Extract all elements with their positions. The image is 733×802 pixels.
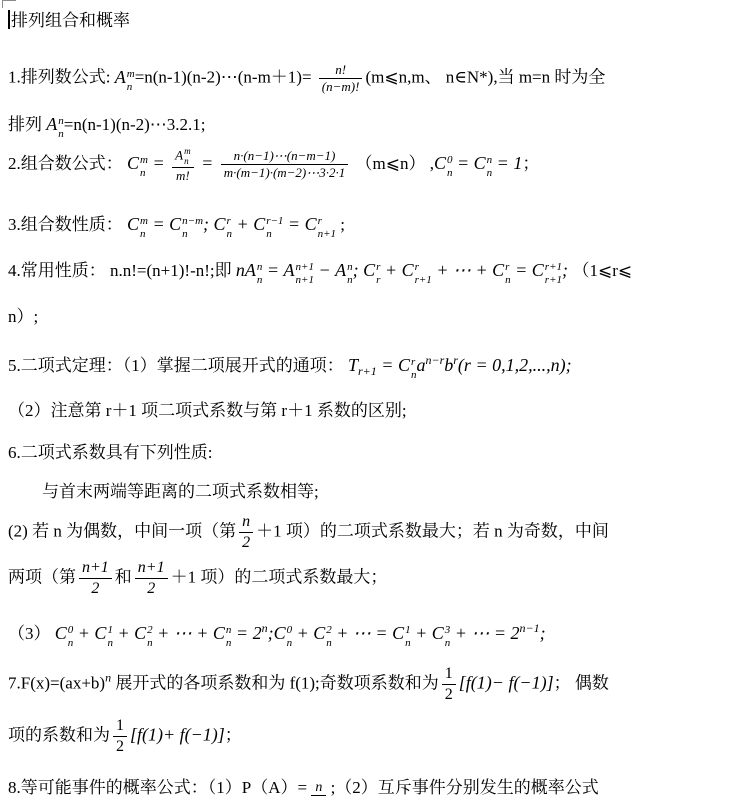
text-run: ；: [522, 154, 539, 173]
symbol-base: C: [94, 623, 106, 643]
scripted-symbol: Crn: [492, 258, 511, 287]
fraction-denominator: 2: [442, 684, 456, 705]
scripted-symbol: Crn: [398, 353, 417, 382]
subscript: r+1: [358, 364, 377, 378]
symbol-subscript: n: [182, 228, 203, 241]
fraction: n·(n−1)⋯(n−m−1)m·(m−1)·(m−2)⋯3·2·1: [221, 148, 349, 182]
text-run: ;: [336, 215, 345, 234]
paragraph-combination-formula: 2.组合数公式： Cmn = Amnm! = n·(n−1)⋯(n−m−1)m·…: [8, 146, 539, 184]
text-run: ＋1 项）的二项式系数最大；若 n 为奇数，中间: [256, 521, 609, 540]
text-run: (m⩽n,m、 n∈N*),当 m=n 时为全: [365, 68, 605, 87]
scripted-symbol: An+1n+1: [284, 258, 314, 287]
symbol-base: C: [274, 623, 286, 643]
fraction-denominator: m·(m−1)·(m−2)⋯3·2·1: [221, 164, 349, 181]
scripted-symbol: Ann: [46, 112, 64, 141]
underlined-math: n: [311, 780, 326, 796]
symbol-base: C: [363, 260, 375, 280]
math-run: =: [197, 153, 218, 173]
symbol-base: C: [432, 623, 444, 643]
fraction-numerator: n!: [319, 62, 363, 78]
fraction-denominator: 2: [239, 532, 253, 553]
math-run: −: [314, 260, 335, 280]
scripted-symbol: Crr+1: [402, 258, 432, 287]
text-run: 展开式的各项系数和为 f(1);奇数项系数和为: [111, 673, 439, 692]
scripted-symbol: Cn−mn: [169, 212, 203, 241]
symbol-base: C: [402, 260, 414, 280]
fraction-denominator: 2: [79, 578, 112, 599]
fraction: n+12: [79, 558, 112, 599]
math-run: = 2: [231, 623, 261, 643]
math-run: =: [148, 214, 169, 234]
math-run: [f(1)− f(−1)]: [459, 672, 554, 692]
paragraph-symmetry: 与首末两端等距离的二项式系数相等;: [8, 481, 319, 504]
math-run: ;: [562, 260, 573, 280]
text-run: ； 偶数: [554, 673, 609, 692]
text-run: =n(n-1)(n-2)⋯(n-m＋1)=: [135, 68, 316, 87]
superscript: n−r: [425, 353, 444, 367]
paragraph-coefficient-sum: 7.F(x)=(ax+b)n 展开式的各项系数和为 f(1);奇数项系数和为12…: [8, 664, 609, 705]
script-stack: r−1n: [266, 215, 283, 240]
math-run: [f(1)+ f(−1)]: [130, 724, 225, 744]
math-run: = 0,1,2,...,: [471, 355, 551, 375]
math-run: +: [380, 260, 401, 280]
fraction-numerator: n: [239, 512, 253, 532]
text-run: 4.常用性质： n.n!=(n+1)!-n!;即: [8, 261, 236, 280]
text-run: 与首末两端等距离的二项式系数相等;: [42, 482, 319, 501]
fraction-denominator: m!: [172, 167, 193, 184]
symbol-subscript: r+1: [415, 274, 432, 287]
scripted-symbol: Cmn: [127, 151, 148, 180]
scripted-symbol: Crr: [363, 258, 380, 287]
fraction: n!(n−m)!: [319, 62, 363, 96]
scripted-symbol: C0n: [434, 151, 453, 180]
text-run: 6.二项式系数具有下列性质:: [8, 443, 212, 462]
fraction-numerator: 1: [442, 664, 456, 684]
symbol-base: A: [245, 260, 256, 280]
text-run: 1.排列数公式:: [8, 68, 115, 87]
scripted-symbol: Cr+1r+1: [532, 258, 562, 287]
math-run: r: [464, 355, 471, 375]
paragraph-common-props: 4.常用性质： n.n!=(n+1)!-n!;即 nAnn = An+1n+1 …: [8, 258, 632, 287]
math-run: T: [348, 355, 358, 375]
text-run: 项的系数和为: [8, 725, 110, 744]
symbol-subscript: n: [140, 228, 148, 241]
math-run: =: [283, 214, 304, 234]
scripted-symbol: Crn: [214, 212, 233, 241]
math-run: ;: [353, 260, 364, 280]
text-run: 5.二项式定理：（1）掌握二项展开式的通项：: [8, 356, 348, 375]
math-run: =: [148, 153, 169, 173]
script-stack: mn: [127, 68, 135, 93]
script-stack: rr+1: [415, 261, 432, 286]
math-run: =: [453, 153, 474, 173]
text-run: 3.组合数性质：: [8, 215, 127, 234]
script-stack: mn: [140, 154, 148, 179]
script-stack: n−mn: [182, 215, 203, 240]
symbol-superscript: m: [140, 154, 148, 167]
scripted-symbol: Cmn: [127, 212, 148, 241]
scripted-symbol: C0n: [274, 621, 293, 650]
math-run: );: [560, 355, 572, 375]
paragraph-binomial-heading: 6.二项式系数具有下列性质:: [8, 442, 212, 465]
fraction-numerator: n·(n−1)⋯(n−m−1): [221, 148, 349, 164]
scripted-symbol: Cr−1n: [253, 212, 283, 241]
fraction: 12: [113, 716, 127, 757]
math-run: + ⋯ = 2: [450, 623, 519, 643]
script-stack: mn: [184, 146, 191, 167]
symbol-superscript: r: [415, 261, 432, 274]
scripted-symbol: Crn+1: [305, 212, 336, 241]
math-run: + ⋯ +: [432, 260, 492, 280]
symbol-base: C: [474, 153, 486, 173]
text-run: （2）注意第 r＋1 项二项式系数与第 r＋1 系数的区别;: [8, 401, 407, 420]
scripted-symbol: C2n: [313, 621, 332, 650]
symbol-base: C: [398, 355, 410, 375]
math-run: + ⋯ +: [153, 623, 213, 643]
math-run: +: [73, 623, 94, 643]
scripted-symbol: Cnn: [474, 151, 493, 180]
math-run: = 1: [492, 153, 522, 173]
math-run: n: [551, 355, 560, 375]
symbol-subscript: n+1: [318, 228, 336, 241]
text-run: n）;: [8, 307, 38, 326]
fraction-denominator: 2: [135, 578, 168, 599]
math-run: b: [444, 355, 453, 375]
math-run: ;: [540, 623, 546, 643]
text-run: ;（2）互斥事件分别发生的概率公式: [326, 778, 598, 797]
fraction: 12: [442, 664, 456, 705]
text-run: 排列组合和概率: [11, 11, 130, 30]
symbol-base: A: [46, 114, 57, 134]
page-corner-mark: [2, 0, 16, 8]
paragraph-coefficient-wrap: 项的系数和为12[f(1)+ f(−1)]；: [8, 716, 242, 757]
symbol-subscript: n: [266, 228, 283, 241]
paragraph-max-odd: 两项（第n+12和n+12＋1 项）的二项式系数最大；: [8, 558, 387, 599]
math-run: =: [262, 260, 283, 280]
math-run: +: [113, 623, 134, 643]
math-run: +: [232, 214, 253, 234]
text-run: (2) 若 n 为偶数，中间一项（第: [8, 521, 236, 540]
symbol-superscript: r−1: [266, 215, 283, 228]
symbol-base: C: [434, 153, 446, 173]
symbol-subscript: n: [140, 167, 148, 180]
text-run: （3）: [8, 624, 55, 643]
symbol-subscript: n: [184, 156, 191, 166]
text-run: 和: [115, 567, 132, 586]
symbol-base: A: [284, 260, 295, 280]
symbol-base: C: [214, 214, 226, 234]
paragraph-max-even: (2) 若 n 为偶数，中间一项（第n2＋1 项）的二项式系数最大；若 n 为奇…: [8, 512, 609, 553]
paragraph-permutation-formula: 1.排列数公式: Amn=n(n-1)(n-2)⋯(n-m＋1)= n!(n−m…: [8, 62, 605, 96]
paragraph-binomial-note: （2）注意第 r＋1 项二项式系数与第 r＋1 系数的区别;: [8, 400, 407, 423]
symbol-base: C: [305, 214, 317, 234]
scripted-symbol: C2n: [134, 621, 153, 650]
paragraph-common-props-wrap: n）;: [8, 306, 38, 329]
math-run: + ⋯ =: [332, 623, 392, 643]
paragraph-sum-property: （3） C0n + C1n + C2n + ⋯ + Cnn = 2n;C0n +…: [8, 620, 546, 650]
superscript: n−1: [520, 621, 540, 635]
math-run: n: [236, 260, 245, 280]
symbol-subscript: n: [127, 81, 135, 94]
symbol-base: C: [169, 214, 181, 234]
symbol-base: C: [492, 260, 504, 280]
fraction: n2: [239, 512, 253, 553]
text-run: 排列: [8, 115, 46, 134]
symbol-base: C: [55, 623, 67, 643]
text-run: （1⩽r⩽: [573, 261, 633, 280]
page-title: 排列组合和概率: [8, 10, 130, 33]
math-run: +: [411, 623, 432, 643]
scripted-symbol: C3n: [432, 621, 451, 650]
fraction: n+12: [135, 558, 168, 599]
scripted-symbol: Amn: [115, 65, 135, 94]
script-stack: n+1n+1: [296, 261, 314, 286]
script-stack: rn+1: [318, 215, 336, 240]
fraction-numerator: 1: [113, 716, 127, 736]
paragraph-probability: 8.等可能事件的概率公式：（1）P（A）= n ;（2）互斥事件分别发生的概率公…: [8, 777, 599, 800]
text-cursor-icon: [8, 10, 10, 29]
symbol-superscript: r: [318, 215, 336, 228]
fraction-denominator: (n−m)!: [319, 78, 363, 95]
scripted-symbol: Ann: [245, 258, 263, 287]
paragraph-combination-props: 3.组合数性质： Cmn = Cn−mn; Crn + Cr−1n = Crn+…: [8, 212, 345, 241]
symbol-subscript: n+1: [296, 274, 314, 287]
text-run: =n(n-1)(n-2)⋯3.2.1;: [64, 115, 206, 134]
symbol-base: C: [127, 214, 139, 234]
symbol-base: A: [115, 67, 126, 87]
symbol-base: C: [213, 623, 225, 643]
scripted-symbol: C0n: [55, 621, 74, 650]
scripted-symbol: Ann: [335, 258, 353, 287]
symbol-superscript: m: [184, 146, 191, 156]
text-run: ＋1 项）的二项式系数最大；: [171, 567, 388, 586]
paragraph-full-permutation: 排列 Ann=n(n-1)(n-2)⋯3.2.1;: [8, 112, 206, 141]
symbol-base: A: [175, 147, 183, 162]
text-run: 8.等可能事件的概率公式：（1）P（A）=: [8, 778, 311, 797]
symbol-base: C: [134, 623, 146, 643]
scripted-symbol: C1n: [94, 621, 113, 650]
symbol-base: C: [392, 623, 404, 643]
fraction-numerator: Amn: [172, 146, 193, 167]
symbol-base: A: [335, 260, 346, 280]
paragraph-binomial-theorem: 5.二项式定理：（1）掌握二项展开式的通项： Tr+1 = Crnan−rbr(…: [8, 352, 572, 382]
symbol-base: C: [253, 214, 265, 234]
text-run: 2.组合数公式：: [8, 154, 127, 173]
text-run: 7.F(x)=(ax+b): [8, 673, 105, 692]
scripted-symbol: Amn: [175, 146, 190, 167]
math-run: +: [292, 623, 313, 643]
math-run: ;: [203, 214, 214, 234]
symbol-superscript: m: [127, 68, 135, 81]
symbol-base: C: [532, 260, 544, 280]
symbol-superscript: r+1: [545, 261, 562, 274]
math-run: =: [377, 355, 398, 375]
text-run: ；: [225, 725, 242, 744]
fraction-denominator: 2: [113, 736, 127, 757]
symbol-base: C: [313, 623, 325, 643]
scripted-symbol: Cnn: [213, 621, 232, 650]
fraction-numerator: n+1: [135, 558, 168, 578]
math-run: =: [511, 260, 532, 280]
symbol-base: C: [127, 153, 139, 173]
fraction: Amnm!: [172, 146, 193, 184]
symbol-subscript: r+1: [545, 274, 562, 287]
fraction-numerator: n+1: [79, 558, 112, 578]
symbol-superscript: n−m: [182, 215, 203, 228]
scripted-symbol: C1n: [392, 621, 411, 650]
text-run: 两项（第: [8, 567, 76, 586]
text-run: （m⩽n） ,: [351, 154, 434, 173]
script-stack: mn: [140, 215, 148, 240]
script-stack: r+1r+1: [545, 261, 562, 286]
symbol-superscript: n+1: [296, 261, 314, 274]
symbol-superscript: m: [140, 215, 148, 228]
